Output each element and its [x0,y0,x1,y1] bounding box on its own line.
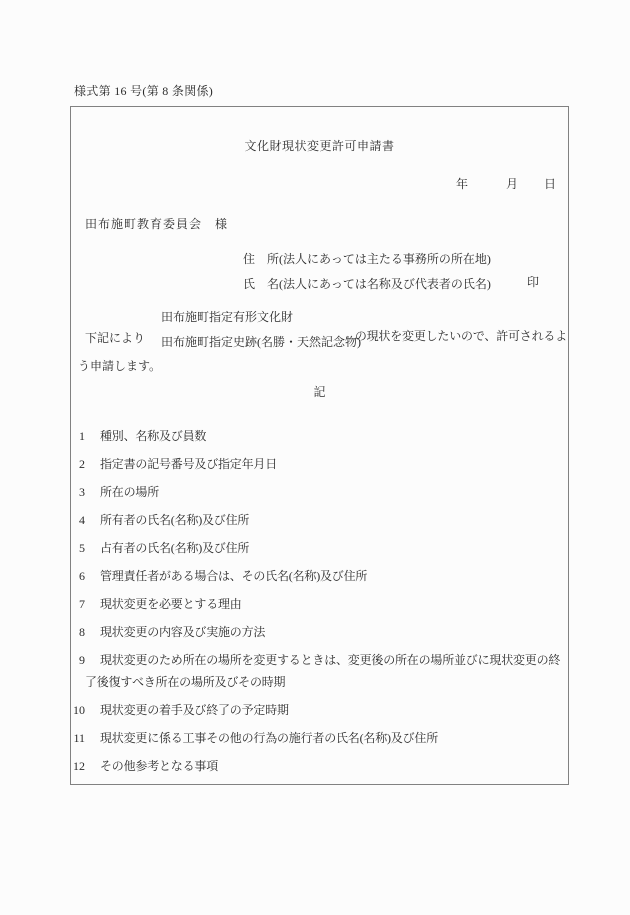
list-item: 3 所在の場所 [73,481,566,503]
date-day-label: 日 [544,175,556,192]
date-line: 年 月 日 [456,175,556,192]
item-number: 10 [73,699,85,721]
item-number: 1 [73,425,85,447]
item-text: 現状変更の内容及び実施の方法 [85,621,566,643]
date-year-label: 年 [456,175,468,192]
item-list: 1 種別、名称及び員数 2 指定書の記号番号及び指定年月日 3 所在の場所 4 … [73,425,566,783]
item-number: 7 [73,593,85,615]
item-number: 12 [73,755,85,777]
seal-mark: 印 [527,273,539,290]
list-item: 4 所有者の氏名(名称)及び住所 [73,509,566,531]
item-text: 所有者の氏名(名称)及び住所 [85,509,566,531]
date-month-label: 月 [506,175,518,192]
item-text: 現状変更のため所在の場所を変更するときは、変更後の所在の場所並びに現状変更の終了… [85,649,566,693]
address-label: 住 所(法人にあっては主たる事務所の所在地) [243,247,491,272]
designation-options: 田布施町指定有形文化財 田布施町指定史跡(名勝・天然記念物) [161,305,361,355]
item-number: 6 [73,565,85,587]
statement-prefix: 下記により [85,329,145,346]
name-label: 氏 名(法人にあっては名称及び代表者の氏名) [243,272,491,297]
statement-suffix: の現状を変更したいので、許可されるよ [355,327,567,344]
item-text: 所在の場所 [85,481,566,503]
item-number: 9 [73,649,85,693]
item-text: その他参考となる事項 [85,755,566,777]
item-text: 指定書の記号番号及び指定年月日 [85,453,566,475]
form-number-label: 様式第 16 号(第 8 条関係) [74,82,213,99]
list-item: 11 現状変更に係る工事その他の行為の施行者の氏名(名称)及び住所 [73,727,566,749]
item-text: 現状変更に係る工事その他の行為の施行者の氏名(名称)及び住所 [85,727,566,749]
item-text: 種別、名称及び員数 [85,425,566,447]
document-title: 文化財現状変更許可申請書 [71,137,568,154]
recipient-line: 田布施町教育委員会 様 [85,215,228,232]
item-number: 3 [73,481,85,503]
designation-option-2: 田布施町指定史跡(名勝・天然記念物) [161,330,361,355]
item-text: 占有者の氏名(名称)及び住所 [85,537,566,559]
item-number: 11 [73,727,85,749]
list-item: 12 その他参考となる事項 [73,755,566,777]
list-item: 1 種別、名称及び員数 [73,425,566,447]
list-item: 8 現状変更の内容及び実施の方法 [73,621,566,643]
list-item: 6 管理責任者がある場合は、その氏名(名称)及び住所 [73,565,566,587]
list-item: 9 現状変更のため所在の場所を変更するときは、変更後の所在の場所並びに現状変更の… [73,649,566,693]
item-text: 現状変更の着手及び終了の予定時期 [85,699,566,721]
list-item: 7 現状変更を必要とする理由 [73,593,566,615]
list-item: 2 指定書の記号番号及び指定年月日 [73,453,566,475]
item-number: 2 [73,453,85,475]
designation-option-1: 田布施町指定有形文化財 [161,305,361,330]
record-heading: 記 [71,383,568,400]
statement-continuation: う申請します。 [78,357,161,374]
form-border-box: 文化財現状変更許可申請書 年 月 日 田布施町教育委員会 様 住 所(法人にあっ… [70,106,569,785]
item-number: 4 [73,509,85,531]
list-item: 5 占有者の氏名(名称)及び住所 [73,537,566,559]
item-text: 現状変更を必要とする理由 [85,593,566,615]
item-text: 管理責任者がある場合は、その氏名(名称)及び住所 [85,565,566,587]
item-number: 8 [73,621,85,643]
applicant-block: 住 所(法人にあっては主たる事務所の所在地) 氏 名(法人にあっては名称及び代表… [243,247,491,297]
list-item: 10 現状変更の着手及び終了の予定時期 [73,699,566,721]
item-number: 5 [73,537,85,559]
